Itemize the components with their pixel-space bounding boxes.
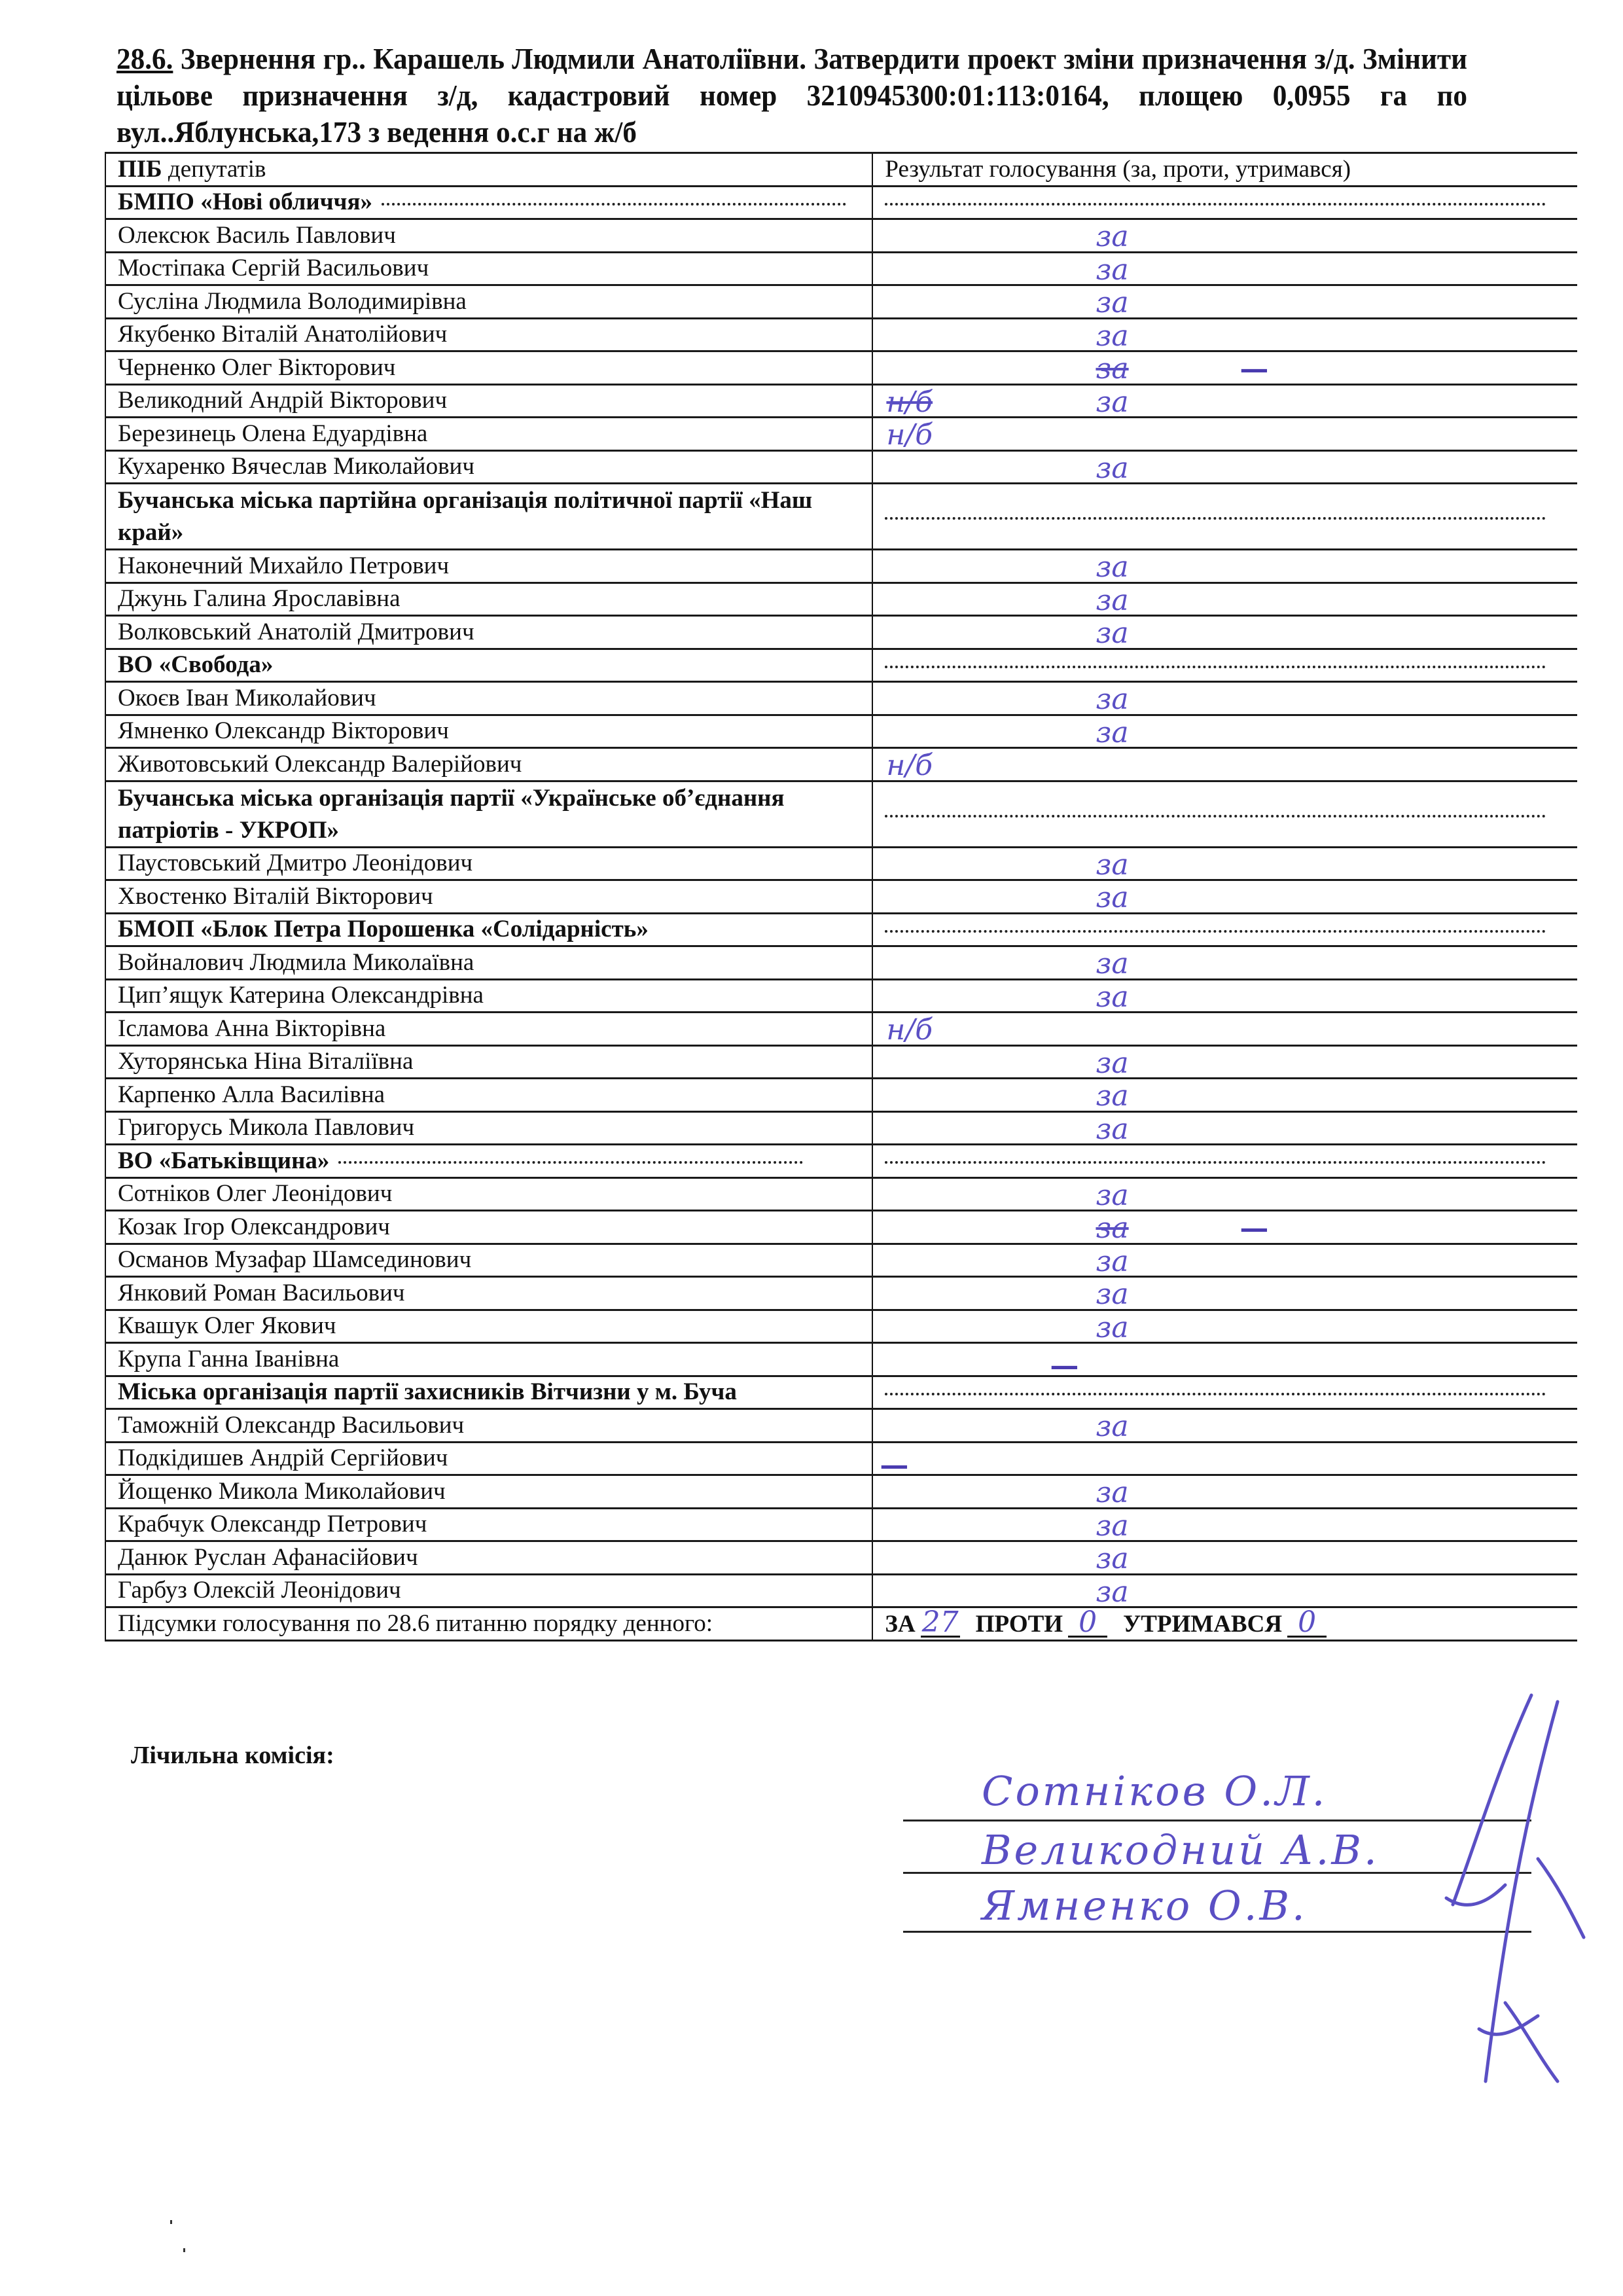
handwritten-vote: за — [1096, 1315, 1128, 1341]
deputy-row: Янковий Роман Васильовичза — [105, 1277, 1577, 1310]
handwritten-dash: — — [880, 1452, 908, 1479]
handwritten-vote: за — [1096, 588, 1128, 614]
handwritten-vote: за — [1096, 1083, 1128, 1109]
deputy-row: Крабчук Олександр Петровичза — [105, 1508, 1577, 1541]
deputy-name: Данюк Руслан Афанасійович — [118, 1544, 418, 1571]
party-name: Бучанська міська організація партії «Укр… — [118, 785, 784, 844]
deputy-name: Хвостенко Віталій Вікторович — [118, 883, 433, 910]
dotted-leader — [382, 203, 846, 206]
deputy-name: Наконечний Михайло Петрович — [118, 552, 449, 579]
handwritten-dash: — — [1240, 1215, 1268, 1242]
deputy-row: Сотніков Олег Леонідовичза — [105, 1177, 1577, 1211]
party-group-row: Міська організація партії захисників Віт… — [105, 1376, 1577, 1409]
handwritten-vote: за — [1096, 1249, 1128, 1275]
deputy-row: Ісламова Анна Вікторівнан/б — [105, 1013, 1577, 1046]
handwritten-vote: за — [1096, 356, 1128, 382]
deputy-name: Цип’ящук Катерина Олександрівна — [118, 982, 484, 1009]
handwritten-vote: за — [1096, 1480, 1128, 1506]
deputy-row: Якубенко Віталій Анатолійовичза — [105, 318, 1577, 351]
deputy-name: Гарбуз Олексій Леонідович — [118, 1577, 401, 1604]
deputy-name: Якубенко Віталій Анатолійович — [118, 321, 447, 348]
party-name: ВО «Свобода» — [118, 651, 273, 678]
dotted-leader — [885, 1161, 1546, 1164]
document-page: 28.6. Звернення гр.. Карашель Людмили Ан… — [0, 0, 1623, 2296]
deputy-row: Окоєв Іван Миколайовичза — [105, 682, 1577, 715]
summary-row: Підсумки голосування по 28.6 питанню пор… — [105, 1607, 1577, 1641]
deputy-name: Черненко Олег Вікторович — [118, 354, 395, 381]
handwritten-absent-mark: н/б — [886, 422, 933, 448]
against-label: ПРОТИ — [976, 1611, 1063, 1638]
deputy-row: Черненко Олег Вікторовичза— — [105, 351, 1577, 385]
party-name: ВО «Батьківщина» — [118, 1147, 329, 1174]
deputy-row: Квашук Олег Яковичза — [105, 1310, 1577, 1343]
deputy-name: Волковський Анатолій Дмитрович — [118, 619, 474, 645]
agenda-item-title: 28.6. Звернення гр.. Карашель Людмили Ан… — [116, 41, 1467, 151]
party-group-row: Бучанська міська організація партії «Укр… — [105, 781, 1577, 847]
summary-result: ЗА27ПРОТИ0УТРИМАВСЯ0 — [872, 1607, 1577, 1641]
party-group-row: ВО «Свобода» — [105, 649, 1577, 682]
deputy-name: Ісламова Анна Вікторівна — [118, 1015, 385, 1042]
deputy-row: Крупа Ганна Іванівна— — [105, 1343, 1577, 1376]
deputy-row: Гарбуз Олексій Леонідовичза — [105, 1574, 1577, 1607]
handwritten-vote: за — [1096, 687, 1128, 713]
handwritten-vote: за — [1096, 1215, 1128, 1242]
handwritten-vote: за — [1096, 224, 1128, 250]
party-name: Міська організація партії захисників Віт… — [118, 1378, 737, 1405]
handwritten-vote: за — [1096, 1050, 1128, 1077]
handwritten-vote: за — [1096, 1282, 1128, 1308]
for-count: 27 — [921, 1609, 960, 1638]
handwritten-vote: за — [1096, 1414, 1128, 1440]
abstain-count: 0 — [1287, 1609, 1327, 1638]
deputy-row: Ямненко Олександр Вікторовичза — [105, 715, 1577, 748]
deputy-row: Джунь Галина Ярославівназа — [105, 583, 1577, 616]
deputy-name: Османов Музафар Шамсединович — [118, 1246, 471, 1273]
deputy-name: Квашук Олег Якович — [118, 1312, 336, 1339]
deputy-name: Подкідишев Андрій Сергійович — [118, 1444, 448, 1471]
handwritten-vote: за — [1096, 1183, 1128, 1209]
deputy-row: Османов Музафар Шамсединовичза — [105, 1244, 1577, 1277]
deputy-row: Войналович Людмила Миколаївназа — [105, 946, 1577, 980]
deputy-name: Йощенко Микола Миколайович — [118, 1478, 446, 1505]
deputy-row: Березинець Олена Едуардівнан/б — [105, 418, 1577, 451]
deputy-row: Григорусь Микола Павловичза — [105, 1111, 1577, 1145]
deputy-name: Хуторянська Ніна Віталіївна — [118, 1048, 413, 1075]
voting-table: ПІБ депутатів Результат голосування (за,… — [105, 152, 1577, 1641]
dotted-leader — [338, 1161, 803, 1164]
handwritten-vote: за — [1096, 720, 1128, 746]
handwritten-vote: за — [1096, 290, 1128, 316]
deputy-row: Наконечний Михайло Петровичза — [105, 550, 1577, 583]
deputy-row: Кухаренко Вячеслав Миколайовичза — [105, 450, 1577, 484]
handwritten-vote: за — [1096, 456, 1128, 482]
party-name: Бучанська міська партійна організація по… — [118, 487, 812, 546]
deputy-name: Мостіпака Сергій Васильович — [118, 255, 429, 281]
against-count: 0 — [1068, 1609, 1107, 1638]
deputy-name: Григорусь Микола Павлович — [118, 1114, 414, 1141]
party-group-row: ВО «Батьківщина» — [105, 1145, 1577, 1178]
deputy-name: Карпенко Алла Василівна — [118, 1081, 385, 1108]
handwritten-vote: за — [1096, 554, 1128, 581]
scan-speck — [183, 2248, 185, 2252]
dotted-leader — [885, 203, 1546, 206]
dotted-leader — [885, 517, 1546, 520]
deputy-row: Паустовський Дмитро Леонідовичза — [105, 847, 1577, 880]
deputy-name: Кухаренко Вячеслав Миколайович — [118, 453, 474, 480]
handwritten-absent-mark: н/б — [886, 1017, 933, 1043]
deputy-row: Животовський Олександр Валерійовичн/б — [105, 748, 1577, 781]
deputy-row: Великодний Андрій Вікторовичзан/б — [105, 384, 1577, 418]
agenda-item-text: Звернення гр.. Карашель Людмили Анатолії… — [116, 43, 1467, 149]
signature-2: Великодний А.В. — [982, 1826, 1380, 1874]
deputy-name: Березинець Олена Едуардівна — [118, 420, 427, 447]
table-header-row: ПІБ депутатів Результат голосування (за,… — [105, 153, 1577, 187]
deputy-row: Сусліна Людмила Володимирівназа — [105, 285, 1577, 319]
deputy-name: Крабчук Олександр Петрович — [118, 1511, 427, 1537]
deputy-name: Великодний Андрій Вікторович — [118, 387, 447, 414]
deputy-name: Олексюк Василь Павлович — [118, 222, 396, 249]
deputy-name: Паустовський Дмитро Леонідович — [118, 850, 473, 876]
dotted-leader — [885, 1393, 1546, 1395]
handwritten-vote: за — [1096, 984, 1128, 1011]
deputy-row: Олексюк Василь Павловичза — [105, 219, 1577, 253]
dotted-leader — [885, 815, 1546, 817]
dotted-leader — [885, 666, 1546, 668]
deputy-name: Сотніков Олег Леонідович — [118, 1180, 392, 1207]
deputy-row: Хуторянська Ніна Віталіївназа — [105, 1045, 1577, 1079]
deputy-name: Янковий Роман Васильович — [118, 1280, 405, 1306]
deputy-name: Животовський Олександр Валерійович — [118, 751, 522, 778]
handwritten-vote: за — [1096, 1117, 1128, 1143]
dotted-leader — [885, 930, 1546, 933]
header-result-column: Результат голосування (за, проти, утрима… — [872, 153, 1577, 187]
deputy-row: Хвостенко Віталій Вікторовичза — [105, 880, 1577, 914]
handwritten-absent-mark: н/б — [886, 389, 933, 416]
handwritten-dash: — — [1050, 1353, 1079, 1379]
deputy-name: Крупа Ганна Іванівна — [118, 1346, 339, 1372]
handwritten-vote: за — [1096, 323, 1128, 350]
handwritten-vote: за — [1096, 1513, 1128, 1539]
handwritten-vote: за — [1096, 951, 1128, 977]
party-name: БМПО «Нові обличчя» — [118, 188, 372, 215]
handwritten-vote: за — [1096, 852, 1128, 878]
handwritten-vote: за — [1096, 1579, 1128, 1605]
deputy-name: Джунь Галина Ярославівна — [118, 585, 401, 612]
signature-3: Ямненко О.В. — [982, 1882, 1308, 1929]
deputy-name: Сусліна Людмила Володимирівна — [118, 288, 467, 315]
deputy-row: Волковський Анатолій Дмитровичза — [105, 616, 1577, 649]
handwritten-vote: за — [1096, 620, 1128, 647]
handwritten-absent-mark: н/б — [886, 753, 933, 779]
agenda-item-number: 28.6. — [116, 43, 173, 75]
party-group-row: Бучанська міська партійна організація по… — [105, 484, 1577, 550]
handwritten-vote: за — [1096, 257, 1128, 283]
deputy-row: Подкідишев Андрій Сергійович— — [105, 1442, 1577, 1475]
handwritten-vote: за — [1096, 885, 1128, 911]
scan-speck — [170, 2220, 172, 2224]
signature-scrawl-icon — [1407, 1689, 1590, 2094]
deputy-name: Таможній Олександр Васильович — [118, 1412, 464, 1439]
deputy-row: Мостіпака Сергій Васильовичза — [105, 252, 1577, 285]
deputy-row: Таможній Олександр Васильовичза — [105, 1409, 1577, 1443]
signature-1: Сотніков О.Л. — [982, 1767, 1327, 1815]
header-name-column: ПІБ депутатів — [105, 153, 872, 187]
party-group-row: БМОП «Блок Петра Порошенка «Солідарність… — [105, 913, 1577, 946]
party-name: БМОП «Блок Петра Порошенка «Солідарність… — [118, 916, 649, 942]
deputy-row: Данюк Руслан Афанасійовичза — [105, 1541, 1577, 1575]
summary-label: Підсумки голосування по 28.6 питанню пор… — [105, 1607, 872, 1641]
handwritten-vote: за — [1096, 1546, 1128, 1572]
deputy-name: Войналович Людмила Миколаївна — [118, 949, 474, 976]
deputy-name: Окоєв Іван Миколайович — [118, 685, 376, 711]
party-group-row: БМПО «Нові обличчя» — [105, 186, 1577, 219]
deputy-name: Ямненко Олександр Вікторович — [118, 717, 449, 744]
counting-commission-label: Лічильна комісія: — [131, 1741, 334, 1770]
deputy-row: Козак Ігор Олександровичза— — [105, 1211, 1577, 1244]
deputy-row: Цип’ящук Катерина Олександрівназа — [105, 979, 1577, 1013]
deputy-row: Карпенко Алла Василівназа — [105, 1079, 1577, 1112]
deputy-name: Козак Ігор Олександрович — [118, 1213, 390, 1240]
abstain-label: УТРИМАВСЯ — [1123, 1611, 1282, 1638]
deputy-row: Йощенко Микола Миколайовичза — [105, 1475, 1577, 1509]
for-label: ЗА — [885, 1611, 915, 1638]
handwritten-vote: за — [1096, 389, 1128, 416]
handwritten-dash: — — [1240, 356, 1268, 382]
